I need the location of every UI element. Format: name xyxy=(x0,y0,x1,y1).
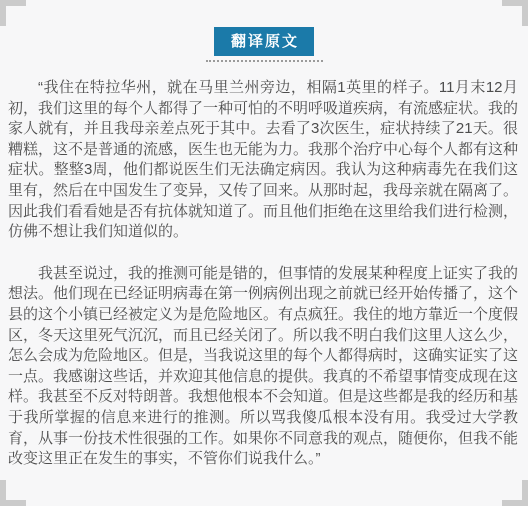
article-body: “我住在特拉华州，就在马里兰州旁边，相隔1英里的样子。11月末12月初，我们这里… xyxy=(0,62,528,470)
corner-bracket-bottom-right xyxy=(502,480,528,506)
corner-bracket-top-left xyxy=(0,0,26,26)
translated-text-panel: 翻译原文 “我住在特拉华州，就在马里兰州旁边，相隔1英里的样子。11月末12月初… xyxy=(0,0,528,506)
corner-bracket-bottom-left xyxy=(0,480,26,506)
article-paragraph: 我甚至说过，我的推测可能是错的，但事情的发展某种程度上证实了我的想法。他们现在已… xyxy=(8,264,518,470)
translate-original-button[interactable]: 翻译原文 xyxy=(214,27,314,56)
corner-bracket-top-right xyxy=(502,0,528,26)
header: 翻译原文 xyxy=(0,0,528,62)
article-paragraph: “我住在特拉华州，就在马里兰州旁边，相隔1英里的样子。11月末12月初，我们这里… xyxy=(8,78,518,243)
